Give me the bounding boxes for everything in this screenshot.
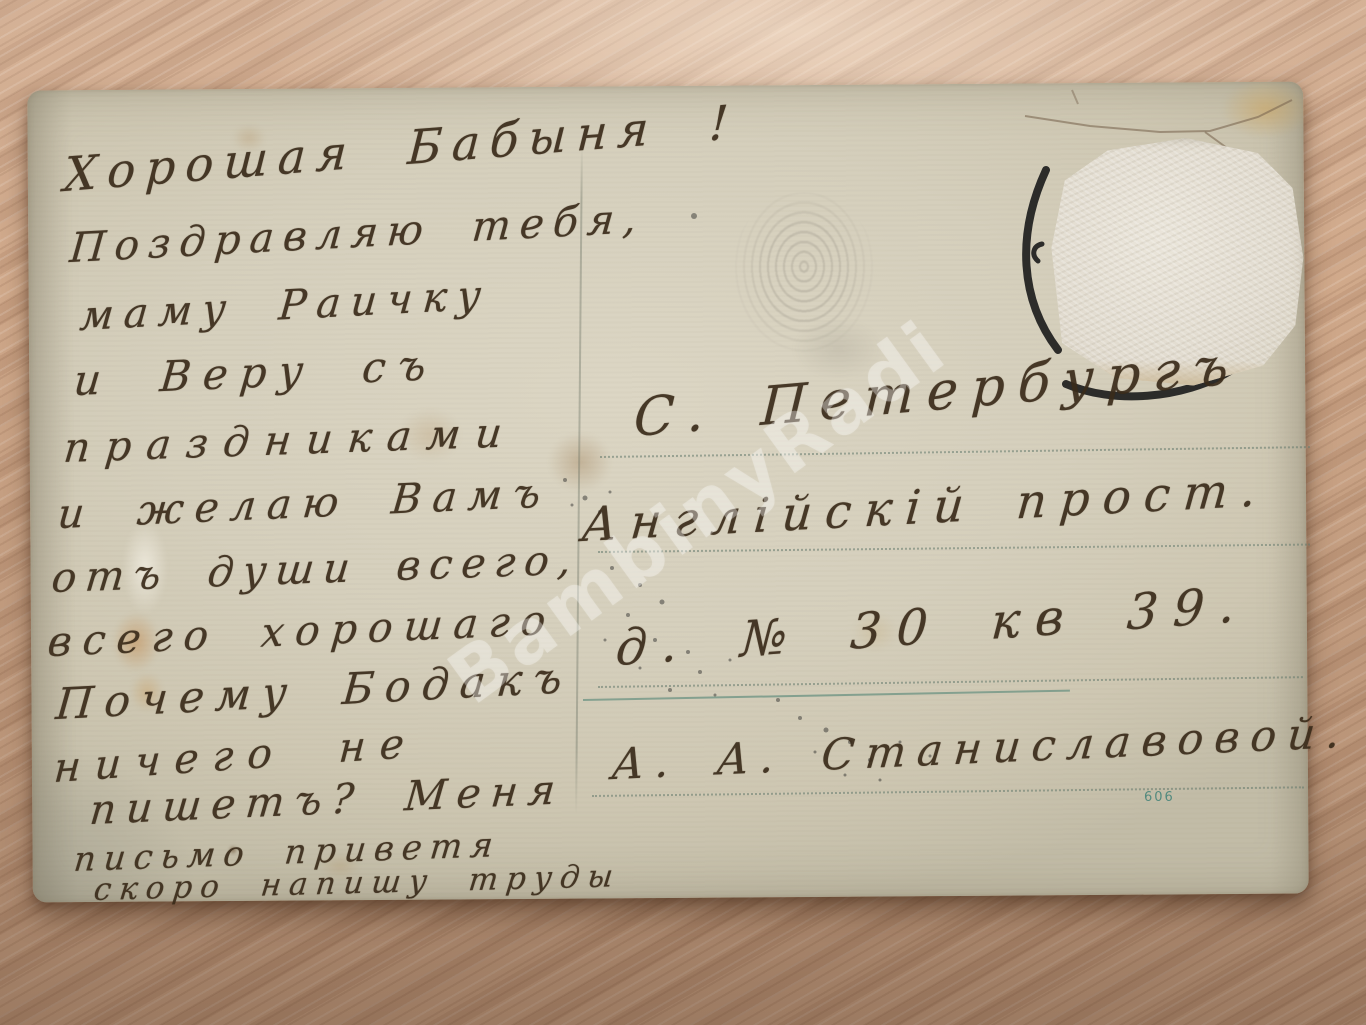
photo-scene: Хорошая Бабыня ! Поздравляю тебя, маму Р… xyxy=(0,0,1366,1025)
printers-number: 606 xyxy=(1144,790,1175,805)
stain-corner-yellow xyxy=(1222,80,1310,138)
fingerprint-smudge xyxy=(730,192,878,358)
